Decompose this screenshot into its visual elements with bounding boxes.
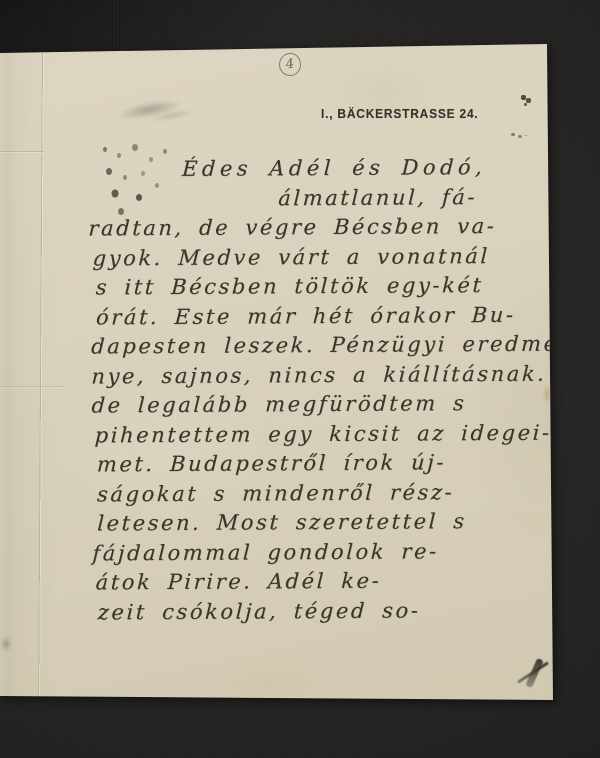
- handwritten-line: met. Budapestről írok új-: [1, 448, 562, 481]
- letterhead-address: I., BÄCKERSTRASSE 24.: [321, 107, 479, 121]
- handwritten-line: órát. Este már hét órakor Bu-: [0, 300, 561, 333]
- handwritten-line: radtan, de végre Bécsben va-: [0, 212, 561, 245]
- handwritten-line: letesen. Most szeretettel s: [2, 507, 563, 540]
- handwritten-line: zeit csókolja, téged so-: [2, 595, 563, 628]
- left-edge-smudge: [0, 636, 12, 652]
- handwritten-line: gyok. Medve várt a vonatnál: [0, 241, 561, 274]
- ink-speck-right-top: [521, 95, 526, 100]
- handwritten-line: Édes Adél és Dodó,: [0, 153, 561, 186]
- handwritten-line: fájdalommal gondolok re-: [2, 536, 563, 569]
- letter-paper-wrap: 4 I., BÄCKERSTRASSE 24. Édes Adél és Dod…: [0, 0, 600, 758]
- horizontal-crease-top: [0, 151, 44, 153]
- handwritten-line: s itt Bécsben töltök egy-két: [0, 271, 561, 304]
- page-number-value: 4: [285, 56, 295, 72]
- handwritten-line: átok Pirire. Adél ke-: [2, 566, 563, 599]
- handwritten-line: nye, sajnos, nincs a kiállításnak.: [1, 359, 562, 392]
- ink-speckles: [103, 147, 107, 152]
- page-number-pencil-circle: 4: [278, 52, 303, 78]
- handwritten-line: álmatlanul, fá-: [0, 182, 561, 215]
- handwritten-line: pihentettem egy kicsit az idegei-: [1, 418, 562, 451]
- ink-speck-right-lower: [511, 133, 515, 136]
- pencil-x-mark: [514, 657, 554, 691]
- handwritten-line: de legalább megfürödtem s: [1, 389, 562, 422]
- handwritten-text-block: Édes Adél és Dodó, álmatlanul, fá- radta…: [0, 153, 563, 628]
- scanned-letter-photo: 4 I., BÄCKERSTRASSE 24. Édes Adél és Dod…: [0, 0, 600, 758]
- letter-paper: 4 I., BÄCKERSTRASSE 24. Édes Adél és Dod…: [0, 0, 600, 758]
- handwritten-line: ságokat s mindenről rész-: [1, 477, 562, 510]
- handwritten-line: dapesten leszek. Pénzügyi eredmé-: [0, 330, 561, 363]
